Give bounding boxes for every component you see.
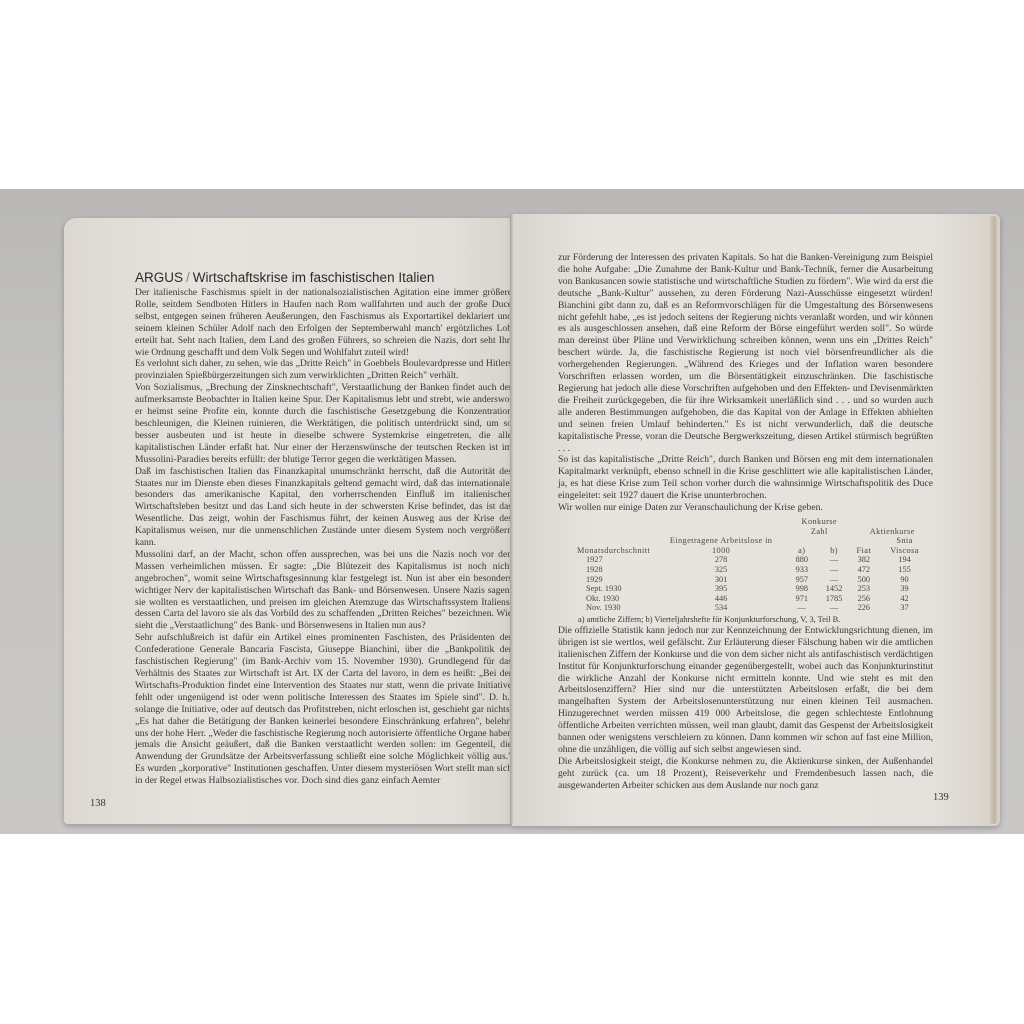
article-author: ARGUS (135, 270, 183, 285)
right-text-column: zur Förderung der Interessen des private… (558, 252, 933, 792)
paragraph: So ist das kapitalistische „Dritte Reich… (558, 454, 933, 502)
header-bankruptcies-a: a) (787, 536, 817, 555)
cell-fiat: 256 (852, 594, 877, 604)
cell-bankruptcies-b: — (817, 565, 852, 575)
cell-unemployed: 301 (655, 575, 787, 585)
paragraph: Der italienische Faschismus spielt in de… (135, 287, 512, 358)
cell-bankruptcies-a: 880 (787, 555, 817, 565)
cell-unemployed: 446 (655, 594, 787, 604)
cell-fiat: 253 (852, 584, 877, 594)
paragraph: Daß im faschistischen Italien das Finanz… (135, 466, 512, 549)
heading-separator: / (183, 270, 193, 285)
cell-period: 1928 (572, 565, 655, 575)
article-heading: ARGUS/Wirtschaftskrise im faschistischen… (135, 270, 512, 286)
cell-bankruptcies-a: 957 (787, 575, 817, 585)
header-fiat: Fiat (852, 536, 877, 555)
cell-bankruptcies-a: — (787, 603, 817, 613)
table-row: Sept. 1930 395 998 1452 253 39 (572, 584, 933, 594)
cell-bankruptcies-a: 933 (787, 565, 817, 575)
paragraph: Wir wollen nur einige Daten zur Veransch… (558, 502, 933, 514)
right-page: zur Förderung der Interessen des private… (512, 214, 1000, 826)
crisis-data-table: Monatsdurchschnitt Eingetragene Arbeitsl… (572, 517, 933, 613)
paragraph: zur Förderung der Interessen des private… (558, 252, 933, 454)
cell-unemployed: 395 (655, 584, 787, 594)
header-unemployed: Eingetragene Arbeitslose in 1000 (655, 517, 787, 555)
paragraph: Die Arbeitslosigkeit steigt, die Konkurs… (558, 756, 933, 792)
paragraph: Von Sozialismus, „Brechung der Zinsknech… (135, 382, 512, 465)
table-row: 1929 301 957 — 500 90 (572, 575, 933, 585)
cell-snia: 39 (876, 584, 933, 594)
cell-snia: 194 (876, 555, 933, 565)
header-snia: Snia Viscosa (876, 536, 933, 555)
cell-bankruptcies-b: — (817, 575, 852, 585)
cell-period: Nov. 1930 (572, 603, 655, 613)
left-page: ARGUS/Wirtschaftskrise im faschistischen… (64, 218, 512, 824)
book-spine (510, 214, 513, 824)
cell-snia: 90 (876, 575, 933, 585)
table-row: Okt. 1930 446 971 1785 256 42 (572, 594, 933, 604)
cell-fiat: 382 (852, 555, 877, 565)
left-text-column: ARGUS/Wirtschaftskrise im faschistischen… (135, 270, 512, 787)
paragraph: Die offizielle Statistik kann jedoch nur… (558, 625, 933, 756)
cell-bankruptcies-b: 1785 (817, 594, 852, 604)
cell-period: 1929 (572, 575, 655, 585)
cell-bankruptcies-b: — (817, 603, 852, 613)
cell-period: Okt. 1930 (572, 594, 655, 604)
page-number-left: 138 (90, 798, 106, 809)
paragraph: Mussolini darf, an der Macht, schon offe… (135, 549, 512, 632)
page-number-right: 139 (933, 792, 949, 803)
table-row: Nov. 1930 534 — — 226 37 (572, 603, 933, 613)
cell-snia: 37 (876, 603, 933, 613)
cell-snia: 155 (876, 565, 933, 575)
cell-unemployed: 325 (655, 565, 787, 575)
paragraph: Es verlohnt sich daher, zu sehen, wie da… (135, 358, 512, 382)
table-row: 1928 325 933 — 472 155 (572, 565, 933, 575)
paragraph: Sehr aufschlußreich ist dafür ein Artike… (135, 632, 512, 787)
header-period: Monatsdurchschnitt (572, 517, 655, 555)
article-title: Wirtschaftskrise im faschistischen Itali… (193, 270, 435, 285)
cell-fiat: 226 (852, 603, 877, 613)
table-footnote: a) amtliche Ziffern; b) Vierteljahrsheft… (558, 614, 933, 625)
page-edge (990, 216, 998, 824)
cell-bankruptcies-a: 998 (787, 584, 817, 594)
cell-period: 1927 (572, 555, 655, 565)
cell-bankruptcies-a: 971 (787, 594, 817, 604)
cell-fiat: 500 (852, 575, 877, 585)
cell-unemployed: 534 (655, 603, 787, 613)
cell-bankruptcies-b: 1452 (817, 584, 852, 594)
header-bankruptcies: Konkurse Zahl (787, 517, 851, 536)
cell-bankruptcies-b: — (817, 555, 852, 565)
header-share-prices: Aktienkurse (852, 517, 933, 536)
cell-unemployed: 278 (655, 555, 787, 565)
cell-period: Sept. 1930 (572, 584, 655, 594)
table-row: 1927 278 880 — 382 194 (572, 555, 933, 565)
header-bankruptcies-b: b) (817, 536, 852, 555)
cell-snia: 42 (876, 594, 933, 604)
cell-fiat: 472 (852, 565, 877, 575)
